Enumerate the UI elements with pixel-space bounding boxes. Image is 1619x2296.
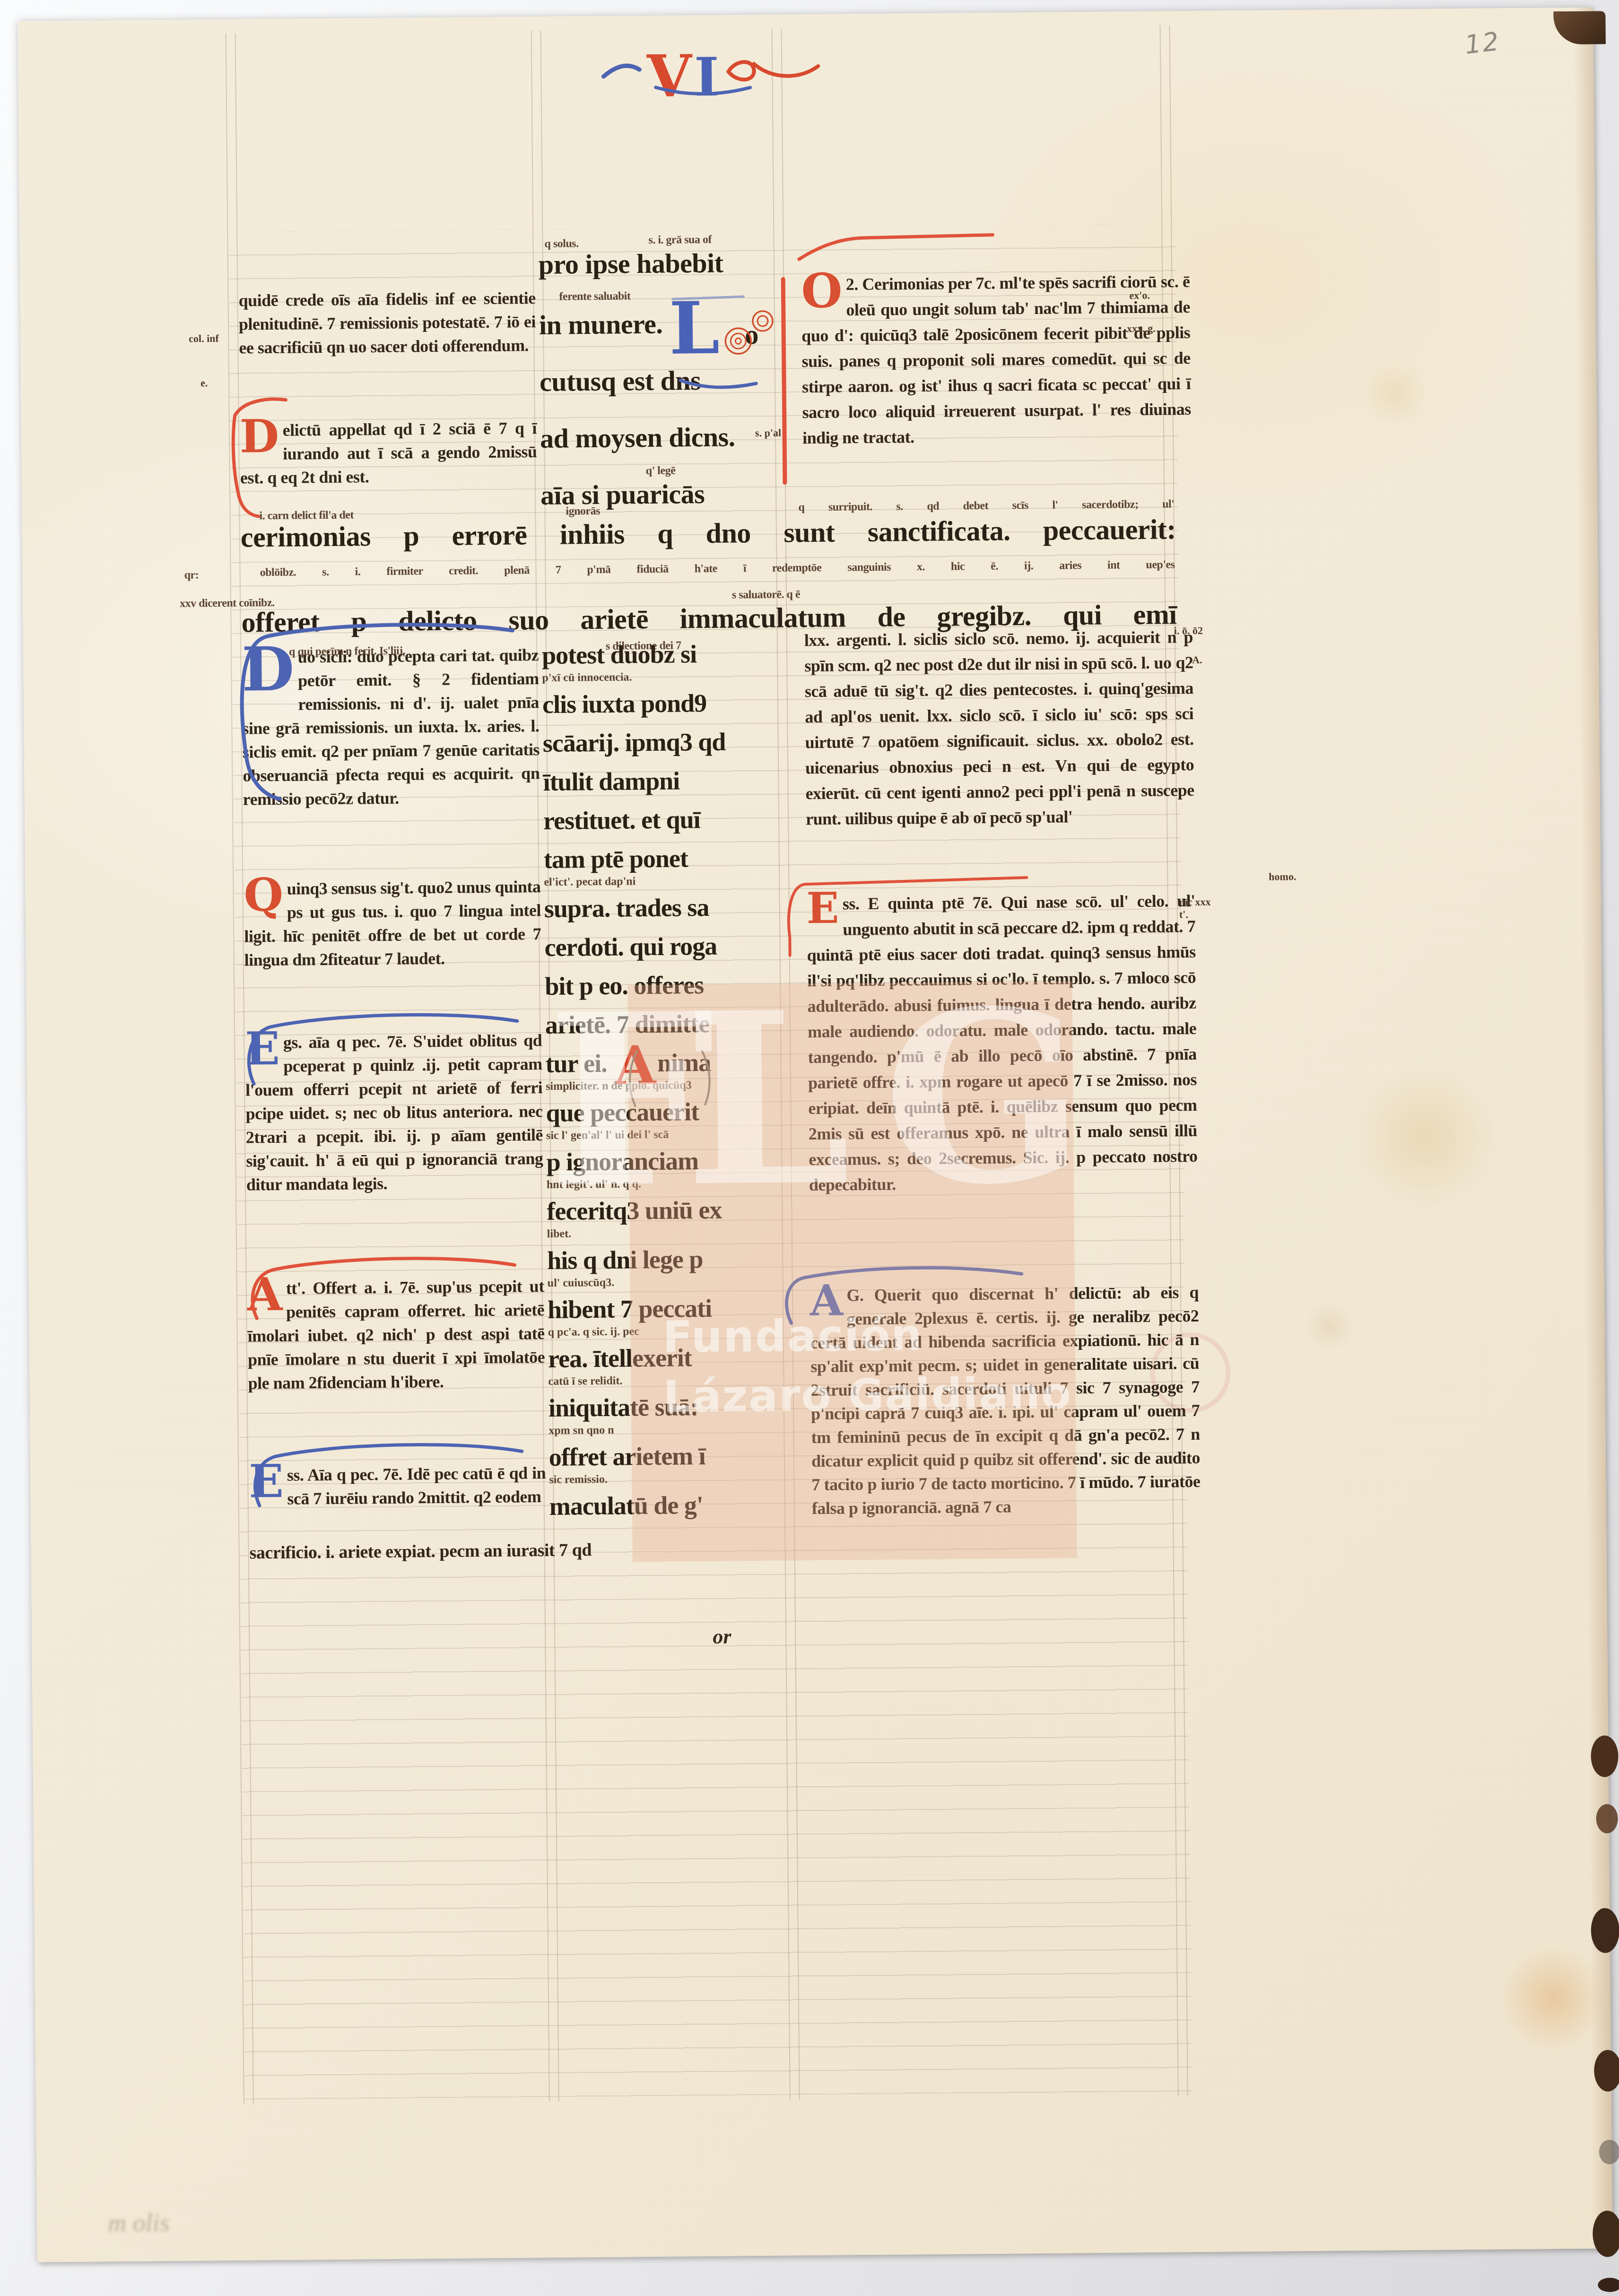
commentary-text: elictū appellat qd ī 2 sciā ē 7 q ī iura…: [240, 418, 537, 487]
chapter-numeral-v: V: [647, 42, 692, 110]
bible-line: supra. trades sa: [544, 887, 788, 928]
right-commentary-block-2: lxx. argenti. l. siclis siclo scō. nemo.…: [804, 624, 1195, 832]
fore-edge-spot: [1593, 2210, 1619, 2257]
folio-number: 12: [1463, 26, 1502, 60]
left-commentary-block-3: Duo sicli: duo pcepta cari tat. quibz pe…: [242, 643, 540, 811]
bible-line: restituet. et quī: [543, 799, 788, 840]
commentary-text: ss. E quinta ptē 7ē. Qui nase scō. ul' c…: [807, 891, 1198, 1194]
left-commentary-block-6: Att'. Offert a. i. 7ē. sup'us pcepit ut …: [247, 1274, 545, 1395]
fore-edge-spot: [1598, 2278, 1619, 2292]
parchment-stain: [1303, 1303, 1356, 1350]
left-commentary-block-2: Delictū appellat qd ī 2 sciā ē 7 q ī iur…: [240, 416, 537, 489]
bible-line: scāarij. ipmq3 qd: [542, 722, 787, 762]
bible-line: iniquitatē suā:: [548, 1386, 793, 1427]
fore-edge-spot: [1591, 1735, 1619, 1777]
interlinear-gloss: ferente saluabit: [559, 290, 630, 303]
interlinear-gloss: hnt legit'. ul' n. q q.: [547, 1177, 791, 1192]
interlinear-gloss: el'ict'. pecat dap'ni: [544, 875, 788, 889]
interlinear-gloss: libet.: [547, 1226, 791, 1241]
parchment-stain: [1351, 1062, 1499, 1210]
bible-line: offret arietem ī: [549, 1435, 793, 1476]
right-commentary-block-4: AG. Querit quo discernat h' delictū: ab …: [810, 1280, 1201, 1520]
commentary-text: ss. Aīa q pec. 7ē. Idē pec catū ē qd in …: [287, 1463, 546, 1508]
marginal-note: xxx. g.: [1127, 322, 1156, 335]
marginal-gloss: qr:: [184, 569, 199, 582]
marginal-note: nīc xxx t'.: [1179, 896, 1215, 921]
parchment-leaf: V I 12 quidē crede oīs aīa fidelis inf e…: [17, 8, 1612, 2262]
parchment-stain: [1359, 363, 1430, 425]
bible-line: hibent 7 peccati: [548, 1288, 792, 1329]
fore-edge-spot: [1596, 1804, 1618, 1833]
interlinear-gloss: catū ī se relidit.: [548, 1374, 792, 1389]
photograph-of-manuscript-page: { "heading": { "v": "V", "i": "I" }, "fo…: [0, 0, 1619, 2296]
faint-offset-inscription: m olis: [108, 2208, 170, 2238]
corner-dark-spot: [1553, 11, 1606, 44]
bible-line: bit p eo. offeres: [545, 965, 789, 1005]
bible-line: feceritq3 uniū ex: [547, 1190, 791, 1230]
bible-line: maculatū de g': [549, 1485, 793, 1525]
interlinear-gloss: q qui pecīm n fecit. Is'liij.: [289, 645, 405, 659]
fore-edge-smudge: [1599, 2139, 1619, 2164]
bible-line: aīa si puaricās: [540, 480, 705, 509]
left-commentary-block-7: Ess. Aīa q pec. 7ē. Idē pec catū ē qd in…: [249, 1461, 546, 1511]
marginal-note: s. p'al: [755, 427, 781, 439]
catchword: or: [713, 1625, 731, 1649]
initial-D-red: D: [240, 418, 283, 455]
bible-line: p ignoranciam: [546, 1140, 791, 1181]
left-commentary-block-5: Egs. aīa q pec. 7ē. S'uidet oblitus qd p…: [245, 1028, 543, 1196]
interlinear-gloss: p'xī cū innocencia.: [542, 670, 786, 685]
bible-text: nima: [657, 1048, 711, 1077]
decorated-initial-L: L: [669, 292, 720, 365]
bible-line: tam ptē ponet: [544, 838, 788, 878]
initial-E-blue: E: [249, 1463, 287, 1500]
bible-line: in munere.: [539, 311, 663, 339]
left-commentary-block-1: quidē crede oīs aīa fidelis inf ee scien…: [238, 286, 536, 359]
interlinear-gloss: s saluatorē. q ē: [732, 588, 800, 601]
fore-edge-spot: [1591, 1908, 1619, 1953]
bible-line: cutusq est dns: [540, 367, 701, 396]
bible-line: que peccauerit: [546, 1091, 790, 1132]
bible-line: ad moysen dicns.: [540, 423, 735, 452]
marginal-note: e.: [200, 377, 208, 389]
interlinear-gloss: sic l' gen'al' l' ui dei l' scā: [546, 1128, 790, 1143]
chapter-numeral-i: I: [694, 46, 720, 108]
interlinear-gloss: ignorās: [566, 505, 600, 518]
commentary-text: G. Querit quo discernat h' delictū: ab e…: [810, 1283, 1201, 1518]
interlinear-gloss: xpm sn qno n: [548, 1423, 792, 1438]
bible-line: ītulit dampni: [543, 760, 787, 801]
bible-text-column: potest duobz si p'xī cū innocencia. clis…: [542, 634, 793, 1526]
bible-text: tur ei.: [545, 1049, 613, 1078]
initial-E-blue: E: [245, 1031, 283, 1067]
commentary-text: tt'. Offert a. i. 7ē. sup'us pcepit ut p…: [247, 1277, 545, 1392]
commentary-text: uinq3 sensus sig't. quo2 unus quinta ps …: [244, 877, 541, 969]
marginal-note: ex'o.: [1129, 289, 1150, 302]
commentary-text: gs. aīa q pec. 7ē. S'uidet oblitus qd pc…: [245, 1031, 543, 1194]
bible-line: potest duobz si: [542, 634, 786, 675]
interlinear-gloss: q' legē: [646, 465, 676, 478]
bible-line-fragment: o: [745, 321, 758, 348]
initial-O-red: O: [801, 271, 846, 310]
interlinear-gloss: simpliciter. n de pplo. quicūq3: [546, 1079, 790, 1094]
bible-line: pro ipse habebit: [539, 250, 723, 278]
interlinear-gloss: sic remissio.: [549, 1472, 793, 1487]
initial-E-red: E: [807, 891, 843, 925]
interlinear-gloss: s. i. grā sua of: [648, 234, 712, 247]
bible-line: clis iuxta pond9: [542, 683, 787, 723]
bible-line: cerdoti. qui roga: [544, 926, 789, 966]
bible-line: rea. ītellexerit: [548, 1337, 792, 1378]
interlinear-gloss: ul' cuiuscūq3.: [548, 1276, 792, 1290]
bible-line: his q dni lege p: [547, 1239, 792, 1279]
bible-line-with-initial: tur ei. Anima: [545, 1042, 790, 1083]
marginal-note: homo.: [1269, 870, 1296, 883]
initial-A-red: A: [247, 1277, 287, 1313]
marginal-note: col. inf: [189, 332, 219, 345]
interlinear-gloss: q pc'a. q sic. ij. pec: [548, 1325, 792, 1339]
initial-A-blue: A: [810, 1283, 847, 1318]
initial-Q-red: Q: [244, 877, 287, 914]
marginal-note: i. ō. ō2: [1174, 625, 1203, 637]
bible-line: arietē. 7 dimitte: [545, 1003, 790, 1044]
marginal-note: A.: [1192, 654, 1202, 666]
right-commentary-block-3: Ess. E quinta ptē 7ē. Qui nase scō. ul' …: [807, 888, 1198, 1198]
fore-edge-spot: [1594, 2050, 1619, 2092]
left-commentary-block-4: Quinq3 sensus sig't. quo2 unus quinta ps…: [244, 875, 541, 972]
